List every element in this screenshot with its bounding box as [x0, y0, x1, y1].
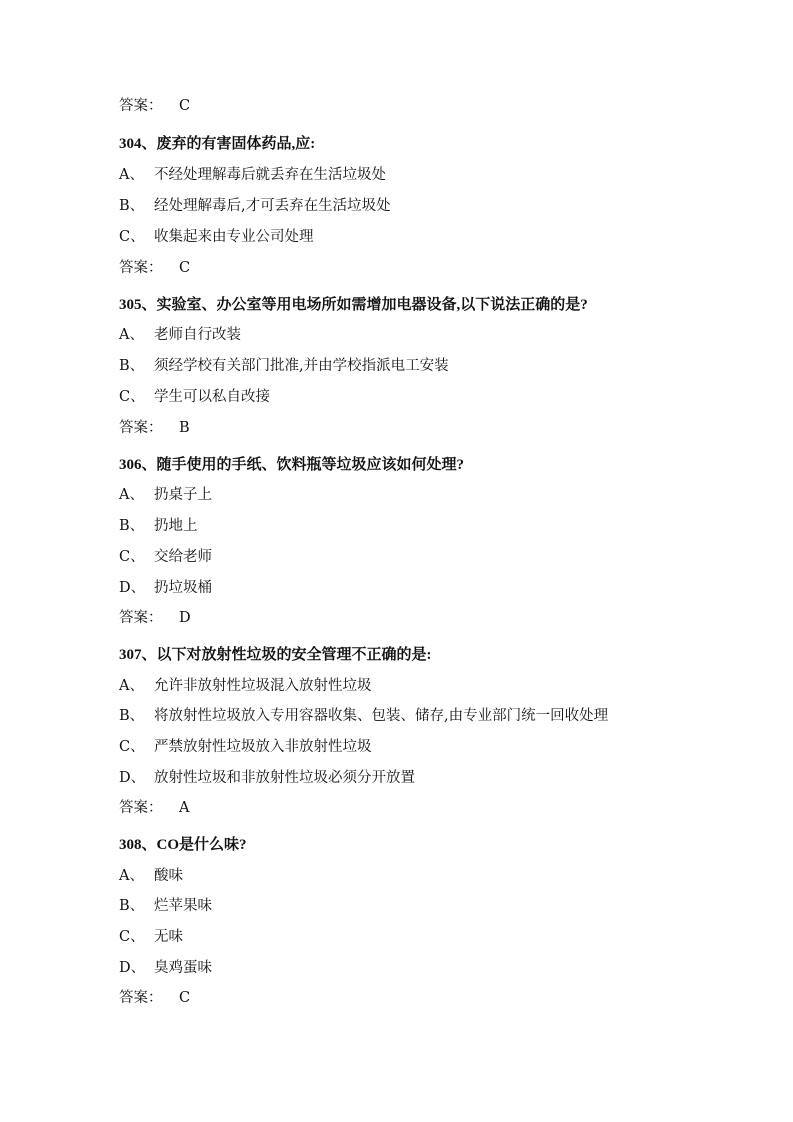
question-title: 304、废弃的有害固体药品,应: [119, 135, 315, 153]
option: C、学生可以私自改接 [119, 388, 270, 406]
option-letter: D、 [119, 959, 154, 977]
option-letter: D、 [119, 579, 154, 597]
answer-value: C [179, 260, 190, 276]
answer-value: C [179, 98, 190, 114]
option: D、扔垃圾桶 [119, 579, 212, 597]
option-text: 扔垃圾桶 [154, 580, 212, 596]
answer-label: 答案： [119, 419, 179, 437]
option-text: 酸味 [154, 868, 183, 884]
option-text: 臭鸡蛋味 [154, 960, 212, 976]
question-title: 306、随手使用的手纸、饮料瓶等垃圾应该如何处理? [119, 456, 464, 474]
answer-line: 答案：C [119, 989, 190, 1007]
option: C、严禁放射性垃圾放入非放射性垃圾 [119, 738, 372, 756]
question-text: 实验室、办公室等用电场所如需增加电器设备,以下说法正确的是? [157, 297, 588, 313]
question-text: 以下对放射性垃圾的安全管理不正确的是: [157, 647, 432, 663]
option-letter: B、 [119, 897, 154, 915]
option: B、将放射性垃圾放入专用容器收集、包装、储存,由专业部门统一回收处理 [119, 707, 608, 725]
answer-line: 答案：C [119, 259, 190, 277]
question-text: 随手使用的手纸、饮料瓶等垃圾应该如何处理? [157, 457, 465, 473]
option-text: 扔地上 [154, 518, 198, 534]
option-text: 严禁放射性垃圾放入非放射性垃圾 [154, 739, 372, 755]
question-number: 305、 [119, 297, 157, 313]
question-title: 305、实验室、办公室等用电场所如需增加电器设备,以下说法正确的是? [119, 296, 588, 314]
question-number: 307、 [119, 647, 157, 663]
option-letter: A、 [119, 326, 154, 344]
answer-label: 答案： [119, 799, 179, 817]
option: B、须经学校有关部门批准,并由学校指派电工安装 [119, 357, 449, 375]
question-number: 308、 [119, 837, 157, 853]
answer-value: A [179, 800, 189, 816]
option-letter: D、 [119, 769, 154, 787]
answer-line: 答案：B [119, 419, 190, 437]
option-letter: B、 [119, 357, 154, 375]
option: B、经处理解毒后,才可丢弃在生活垃圾处 [119, 197, 391, 215]
answer-line: 答案：C [119, 97, 190, 115]
answer-value: B [179, 420, 190, 436]
option-text: 经处理解毒后,才可丢弃在生活垃圾处 [154, 198, 391, 214]
question-number: 304、 [119, 136, 157, 152]
option-text: 放射性垃圾和非放射性垃圾必须分开放置 [154, 770, 415, 786]
option-text: 烂苹果味 [154, 898, 212, 914]
option-letter: A、 [119, 677, 154, 695]
question-number: 306、 [119, 457, 157, 473]
option: B、烂苹果味 [119, 897, 212, 915]
option: A、酸味 [119, 867, 183, 885]
option-text: 扔桌子上 [154, 487, 212, 503]
answer-line: 答案：D [119, 609, 191, 627]
option-letter: C、 [119, 548, 154, 566]
answer-line: 答案：A [119, 799, 189, 817]
option-letter: B、 [119, 197, 154, 215]
option-text: 收集起来由专业公司处理 [154, 229, 314, 245]
option: A、老师自行改装 [119, 326, 241, 344]
option: A、扔桌子上 [119, 486, 212, 504]
option: C、交给老师 [119, 548, 212, 566]
option-text: 老师自行改装 [154, 327, 241, 343]
question-text: 废弃的有害固体药品,应: [157, 136, 316, 152]
answer-label: 答案： [119, 609, 179, 627]
option: C、收集起来由专业公司处理 [119, 228, 314, 246]
option-text: 学生可以私自改接 [154, 389, 270, 405]
option: B、扔地上 [119, 517, 198, 535]
option-text: 无味 [154, 929, 183, 945]
option-letter: C、 [119, 388, 154, 406]
option-letter: A、 [119, 486, 154, 504]
option-text: 将放射性垃圾放入专用容器收集、包装、储存,由专业部门统一回收处理 [154, 708, 608, 724]
option-letter: B、 [119, 517, 154, 535]
question-title: 308、CO是什么味? [119, 836, 247, 854]
option: D、臭鸡蛋味 [119, 959, 212, 977]
option-text: 须经学校有关部门批准,并由学校指派电工安装 [154, 358, 449, 374]
option-text: 交给老师 [154, 549, 212, 565]
option-letter: C、 [119, 228, 154, 246]
answer-value: C [179, 990, 190, 1006]
answer-label: 答案： [119, 259, 179, 277]
question-title: 307、以下对放射性垃圾的安全管理不正确的是: [119, 646, 432, 664]
option-letter: B、 [119, 707, 154, 725]
option-letter: C、 [119, 928, 154, 946]
question-text: CO是什么味? [157, 837, 247, 853]
option-letter: C、 [119, 738, 154, 756]
option-letter: A、 [119, 867, 154, 885]
option: A、允许非放射性垃圾混入放射性垃圾 [119, 677, 372, 695]
answer-value: D [179, 610, 191, 626]
answer-label: 答案： [119, 989, 179, 1007]
option: A、不经处理解毒后就丢弃在生活垃圾处 [119, 166, 386, 184]
answer-label: 答案： [119, 97, 179, 115]
option: C、无味 [119, 928, 183, 946]
option-text: 不经处理解毒后就丢弃在生活垃圾处 [154, 167, 386, 183]
option-text: 允许非放射性垃圾混入放射性垃圾 [154, 678, 372, 694]
option: D、放射性垃圾和非放射性垃圾必须分开放置 [119, 769, 415, 787]
option-letter: A、 [119, 166, 154, 184]
